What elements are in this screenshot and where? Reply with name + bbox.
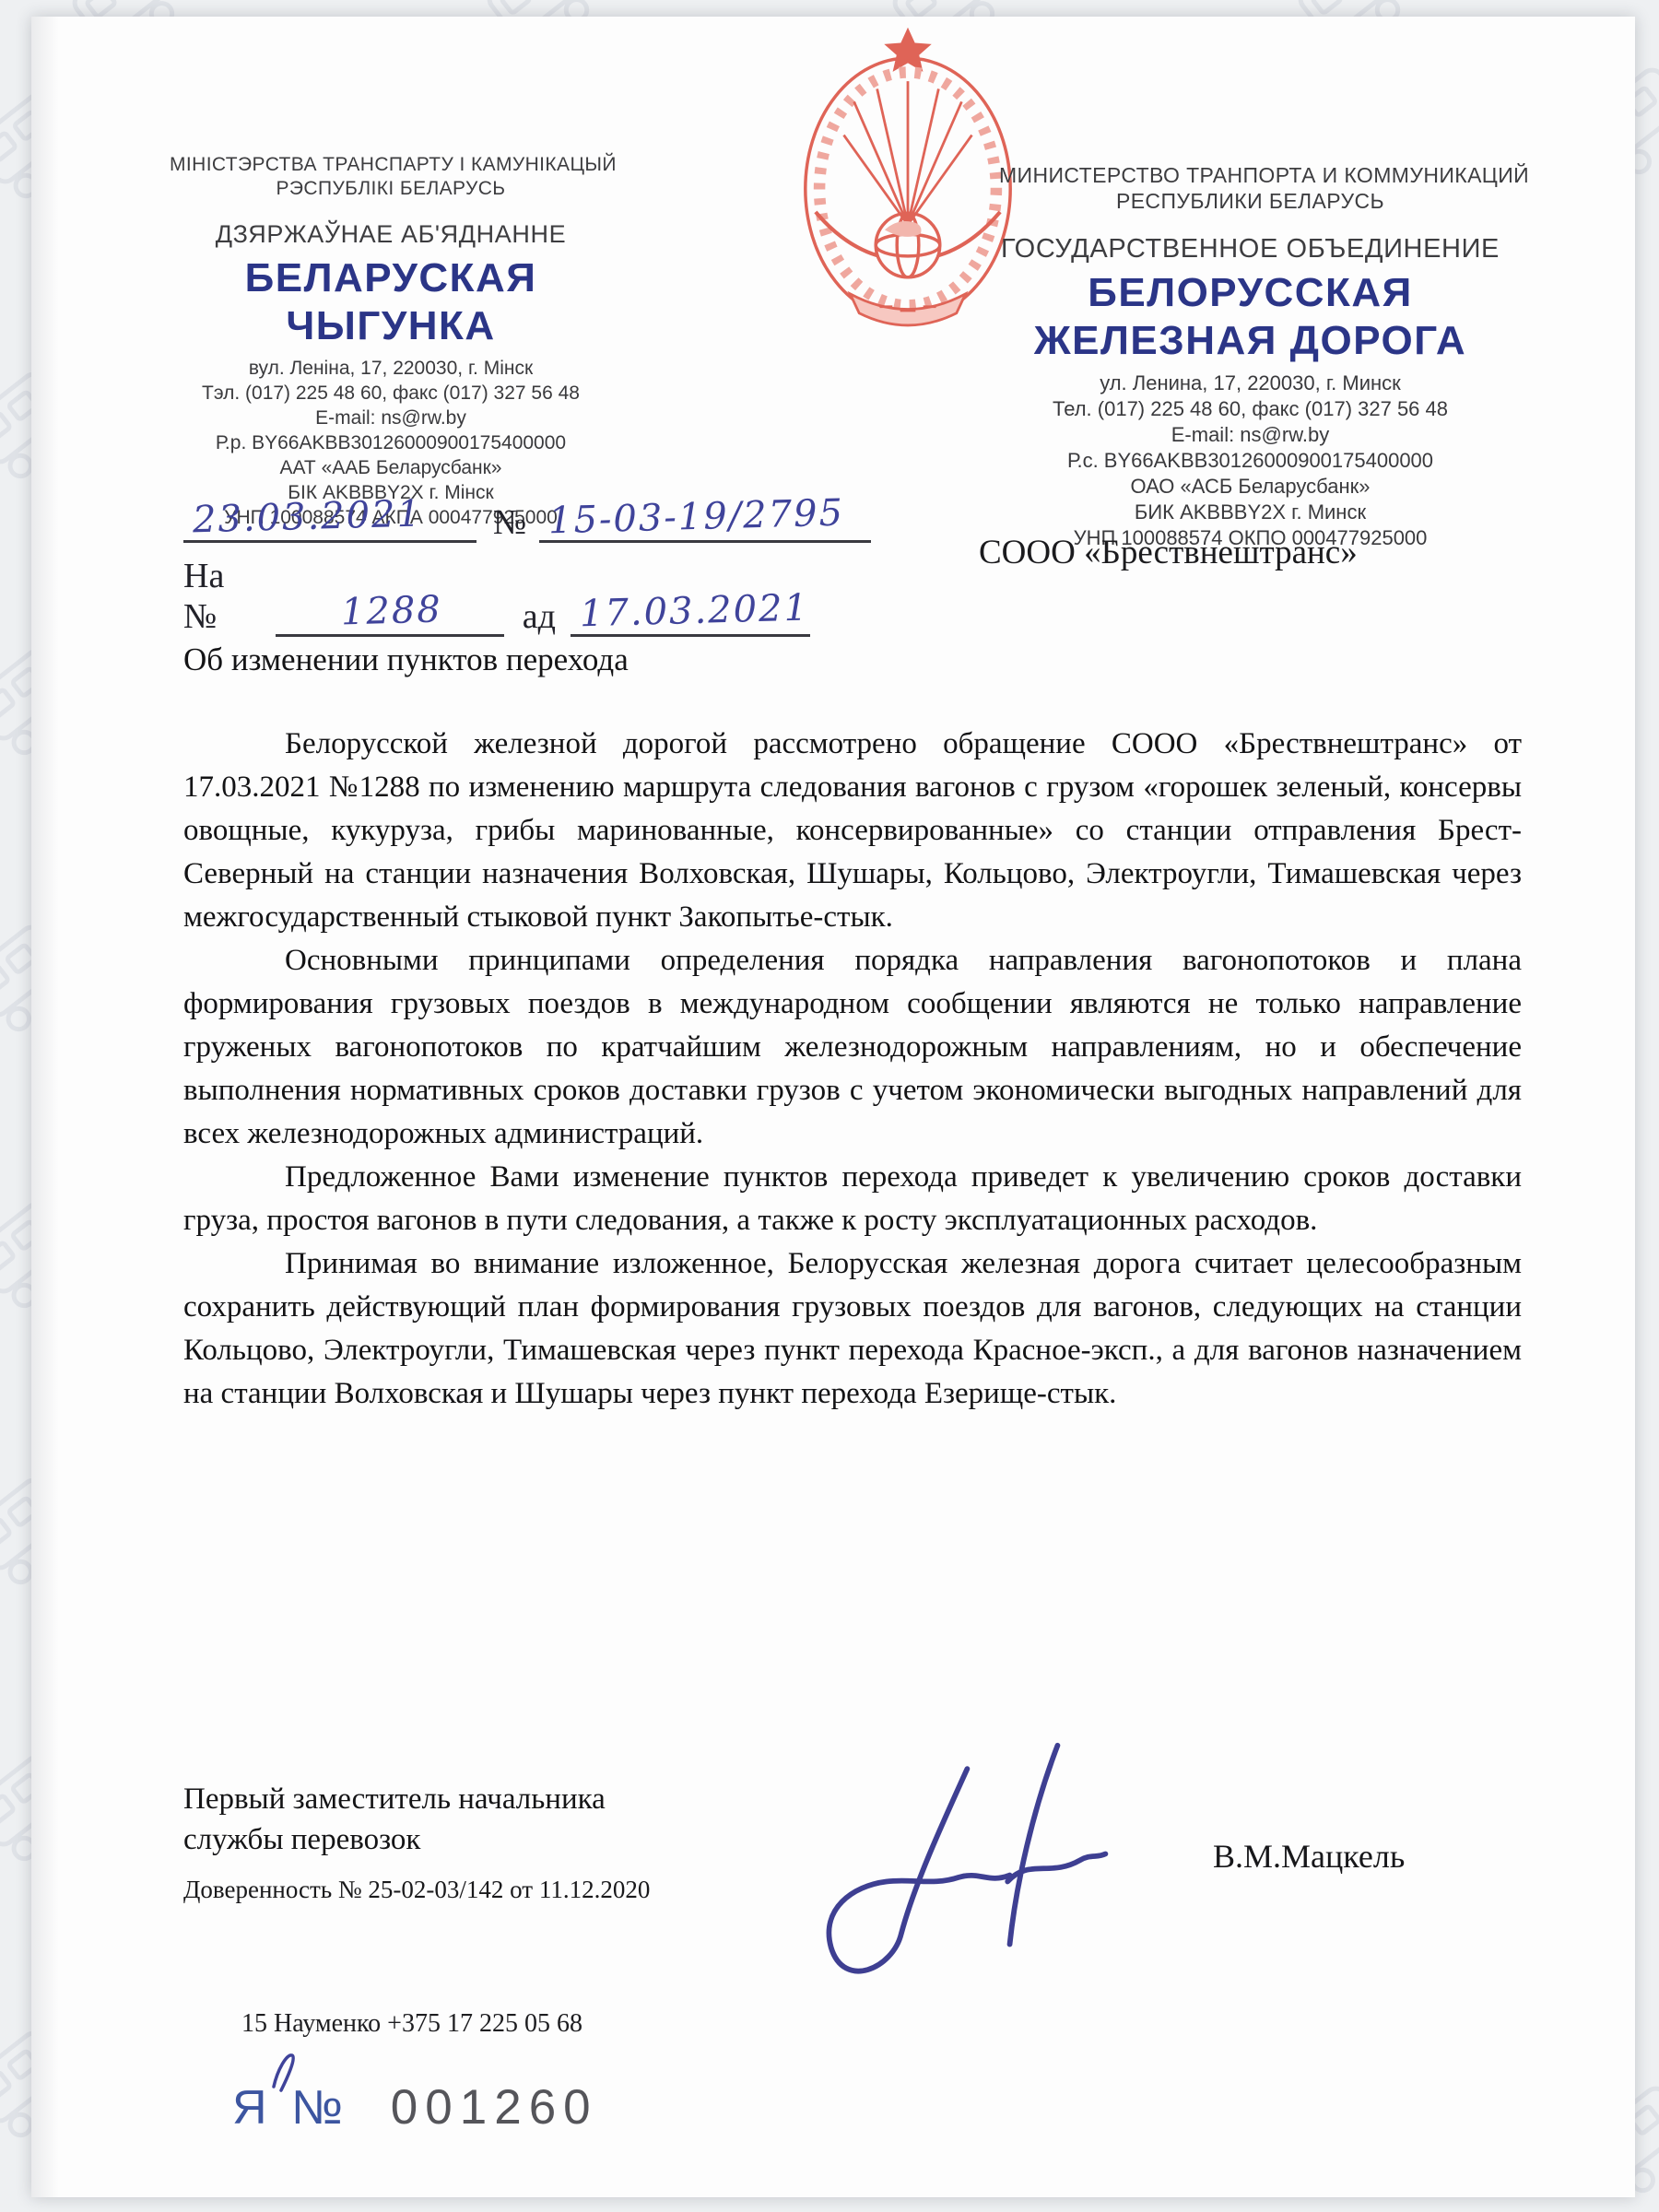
from-label: ад [523, 596, 556, 637]
outgoing-reference-line: 23.03.2021 № 15-03-19/2795 [183, 496, 810, 543]
body-paragraph: Предложенное Вами изменение пунктов пере… [183, 1156, 1522, 1242]
letter-page: МІНІСТЭРСТВА ТРАНСПАРТУ І КАМУНІКАЦЫЙ РЭ… [31, 17, 1635, 2197]
address-line: ул. Ленина, 17, 220030, г. Минск [999, 371, 1501, 396]
org-name-line: ЧЫГУНКА [170, 302, 612, 350]
power-of-attorney-note: Доверенность № 25-02-03/142 от 11.12.202… [183, 1869, 773, 1910]
form-series: Я № [232, 2080, 348, 2136]
signer-name: В.М.Мацкель [1213, 1837, 1405, 1876]
belarus-coat-of-arms-icon [780, 22, 1036, 330]
org-address-ru: ул. Ленина, 17, 220030, г. Минск Тел. (0… [999, 371, 1501, 551]
address-line: Тел. (017) 225 48 60, факс (017) 327 56 … [999, 396, 1501, 422]
address-line: вул. Леніна, 17, 220030, г. Мінск [170, 356, 612, 381]
outgoing-number-handwritten: 15-03-19/2795 [539, 491, 851, 544]
incoming-number-field: 1288 [276, 590, 504, 637]
signer-position-line: Первый заместитель начальника [183, 1779, 773, 1819]
form-number-stamp: Я № 001260 [232, 2079, 598, 2136]
outgoing-date-handwritten: 23.03.2021 [182, 492, 428, 543]
ministry-name-ru: МИНИСТЕРСТВО ТРАНПОРТА И КОММУНИКАЦИЙ РЕ… [999, 162, 1501, 214]
body-paragraph: Белорусской железной дорогой рассмотрено… [183, 723, 1522, 939]
letter-body: Белорусской железной дорогой рассмотрено… [183, 723, 1522, 1416]
ministry-name-by: МІНІСТЭРСТВА ТРАНСПАРТУ І КАМУНІКАЦЫЙ РЭ… [170, 153, 612, 201]
body-paragraph: Основными принципами определения порядка… [183, 939, 1522, 1156]
signer-position-block: Первый заместитель начальника службы пер… [183, 1779, 773, 1910]
outgoing-number-field: 15-03-19/2795 [539, 496, 871, 543]
executor-contact: 15 Науменко +375 17 225 05 68 [241, 2009, 582, 2039]
letterhead-right-column: МИНИСТЕРСТВО ТРАНПОРТА И КОММУНИКАЦИЙ РЕ… [999, 162, 1501, 551]
org-name-line: ЖЕЛЕЗНАЯ ДОРОГА [999, 317, 1501, 365]
outgoing-date-field: 23.03.2021 [183, 496, 477, 543]
association-label-ru: ГОСУДАРСТВЕННОЕ ОБЪЕДИНЕНИЕ [999, 234, 1501, 264]
incoming-number-handwritten: 1288 [331, 588, 448, 635]
association-label-by: ДЗЯРЖАЎНАЕ АБ'ЯДНАННЕ [170, 219, 612, 249]
incoming-date-handwritten: 17.03.2021 [570, 586, 815, 637]
handwritten-signature [806, 1726, 1193, 2003]
on-number-label: На № [183, 556, 261, 637]
org-name-ru: БЕЛОРУССКАЯ ЖЕЛЕЗНАЯ ДОРОГА [999, 269, 1501, 365]
org-name-line: БЕЛАРУСКАЯ [170, 254, 612, 302]
org-name-line: БЕЛОРУССКАЯ [999, 269, 1501, 317]
address-line: БИК AKBBBY2X г. Минск [999, 500, 1501, 525]
body-paragraph: Принимая во внимание изложенное, Белорус… [183, 1242, 1522, 1416]
ministry-line: МІНІСТЭРСТВА ТРАНСПАРТУ І КАМУНІКАЦЫЙ [170, 153, 612, 177]
address-line: E-mail: ns@rw.by [170, 406, 612, 430]
form-number: 001260 [391, 2079, 598, 2136]
number-sign-label: № [493, 502, 526, 543]
incoming-date-field: 17.03.2021 [571, 590, 810, 637]
ministry-line: РЕСПУБЛИКИ БЕЛАРУСЬ [999, 188, 1501, 214]
address-line: Р.с. BY66AKBB30126000900175400000 [999, 448, 1501, 474]
address-line: ОАО «АСБ Беларусбанк» [999, 474, 1501, 500]
incoming-reference-line: На № 1288 ад 17.03.2021 [183, 556, 810, 637]
subject-line: Об изменении пунктов перехода [183, 641, 629, 678]
ministry-line: РЭСПУБЛІКІ БЕЛАРУСЬ [170, 177, 612, 201]
address-line: E-mail: ns@rw.by [999, 422, 1501, 448]
scanned-letter-canvas: { "header": { "emblem": "belarus-coat-of… [0, 0, 1659, 2212]
signer-position-line: службы перевозок [183, 1819, 773, 1860]
address-line: ААТ «ААБ Беларусбанк» [170, 455, 612, 480]
address-line: Р.р. BY66AKBB30126000900175400000 [170, 430, 612, 455]
recipient: СООО «Брествнештранс» [979, 533, 1495, 572]
org-name-by: БЕЛАРУСКАЯ ЧЫГУНКА [170, 254, 612, 350]
registration-block: 23.03.2021 № 15-03-19/2795 На № 1288 ад … [183, 496, 810, 637]
address-line: Тэл. (017) 225 48 60, факс (017) 327 56 … [170, 381, 612, 406]
letterhead-left-column: МІНІСТЭРСТВА ТРАНСПАРТУ І КАМУНІКАЦЫЙ РЭ… [170, 153, 612, 530]
ministry-line: МИНИСТЕРСТВО ТРАНПОРТА И КОММУНИКАЦИЙ [999, 162, 1501, 188]
